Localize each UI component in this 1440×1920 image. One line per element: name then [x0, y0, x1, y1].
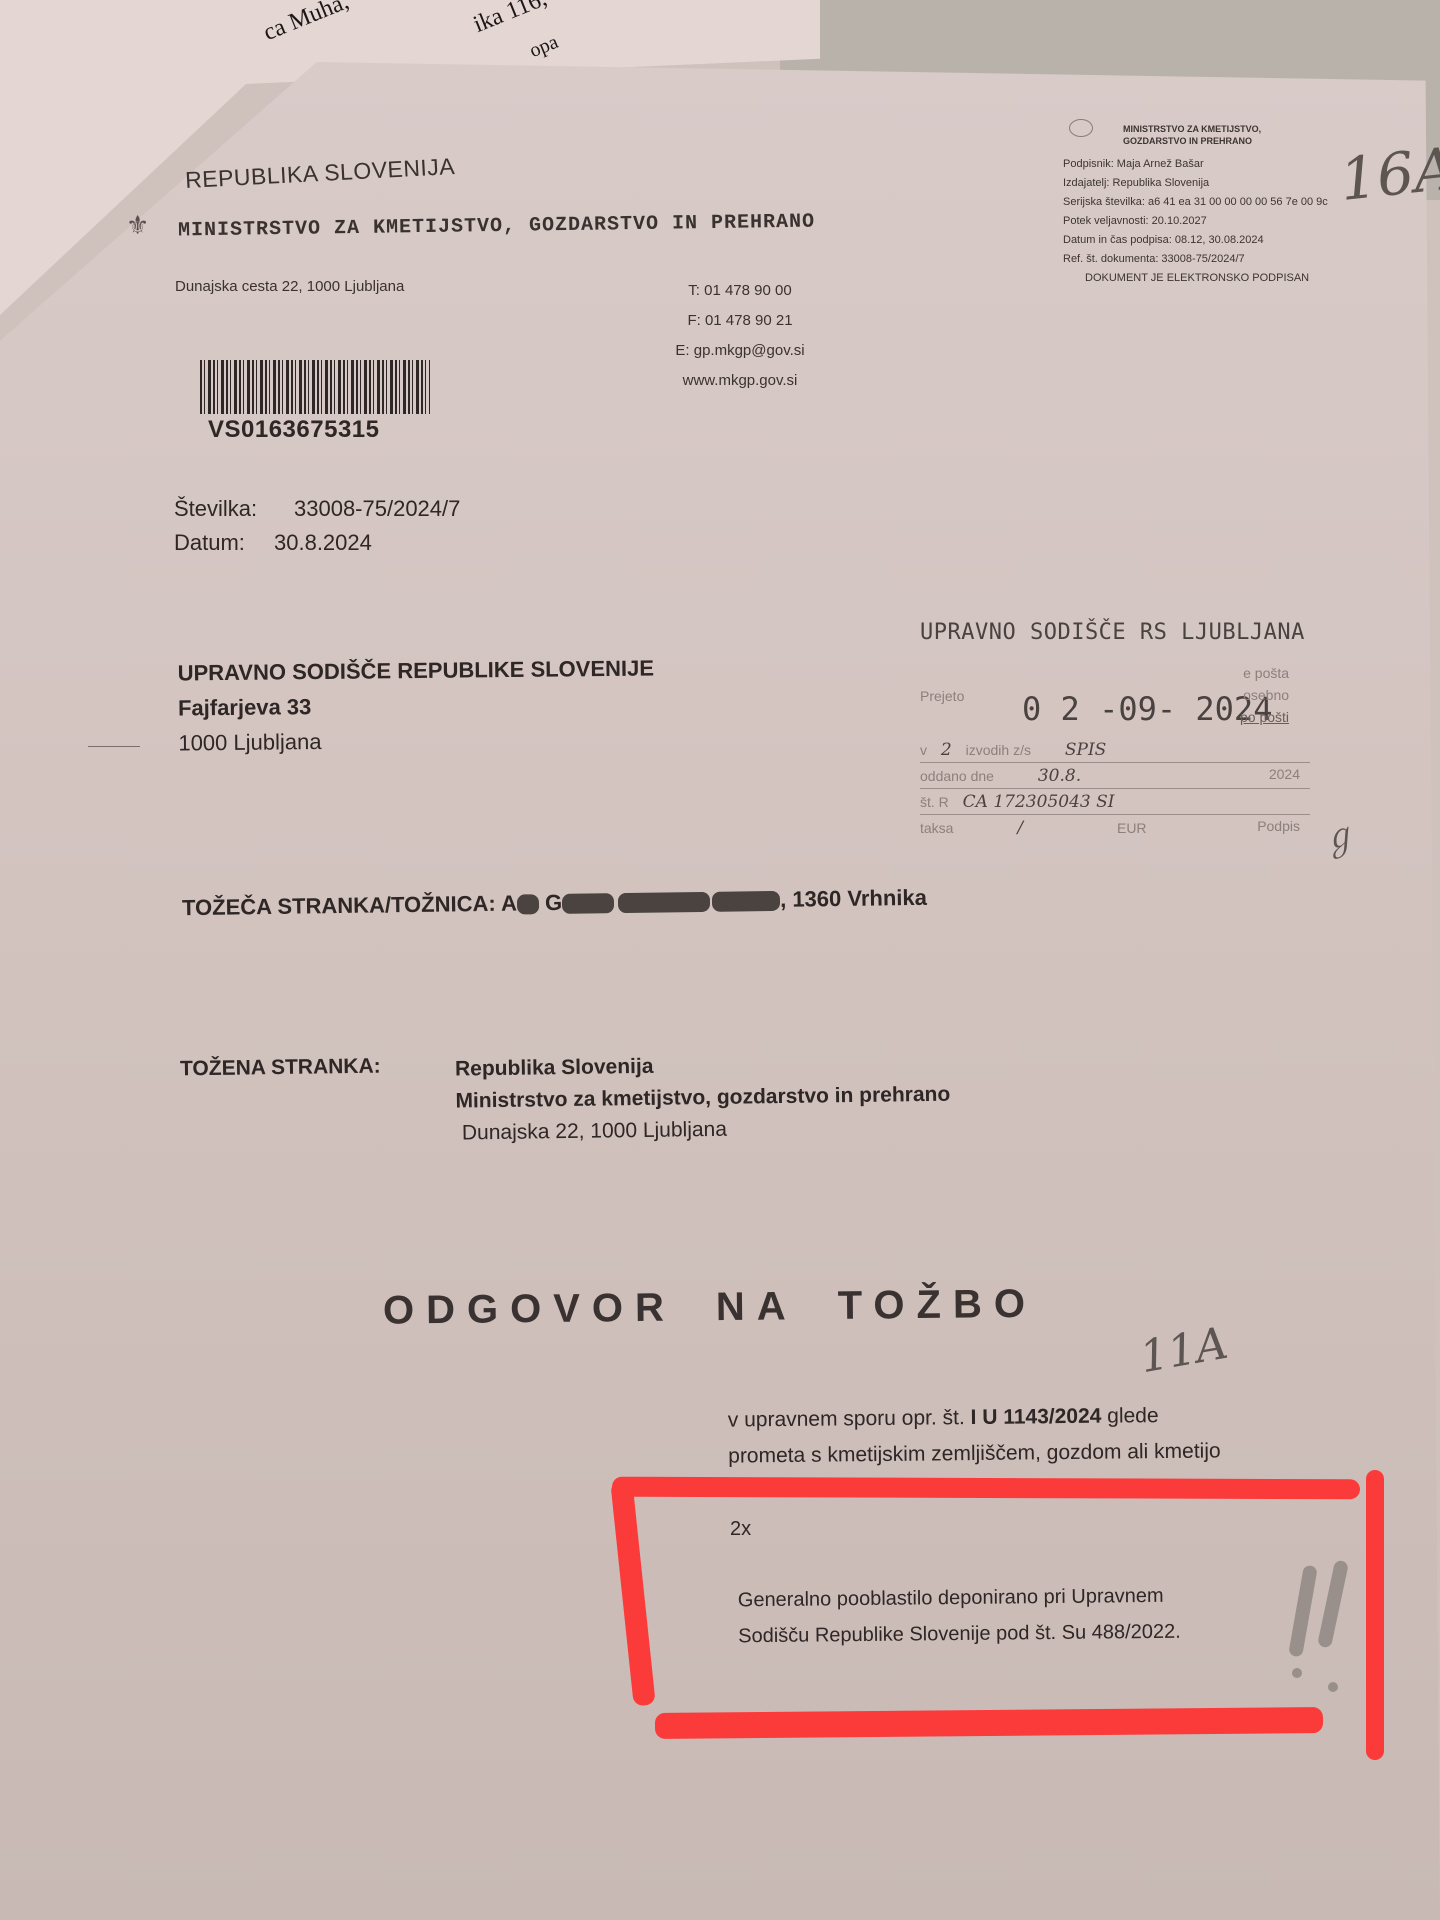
stamp-received-date: 0 2 -09- 2024	[1022, 690, 1272, 728]
stamp-fee-row: taksa / EUR Podpis	[920, 818, 1310, 840]
attachment-value: SPIS	[1065, 740, 1106, 760]
sig-issuer: Izdajatelj: Republika Slovenija	[1063, 174, 1383, 193]
power-of-attorney-note: Generalno pooblastilo deponirano pri Upr…	[738, 1578, 1181, 1655]
case-subject: v upravnem sporu opr. št. I U 1143/2024 …	[728, 1397, 1221, 1474]
fee-label: taksa	[920, 820, 953, 836]
handwritten-note-16a: 16A	[1337, 134, 1440, 214]
email: E: gp.mkgp@gov.si	[640, 336, 840, 366]
sig-notice: DOKUMENT JE ELEKTRONSKO PODPISAN	[1085, 269, 1383, 288]
copies-label-pre: v	[920, 742, 927, 758]
redaction-mark	[517, 894, 539, 914]
pencil-dot	[1292, 1668, 1302, 1678]
plaintiff-initial-2: G	[545, 890, 562, 915]
stamp-court-name: UPRAVNO SODIŠČE RS LJUBLJANA	[920, 620, 1310, 645]
stamp-sent-row: oddano dne 30.8. 2024	[920, 766, 1310, 789]
redaction-mark	[712, 891, 780, 912]
document-title: ODGOVORNATOŽBO	[383, 1281, 1077, 1333]
case-number: I U 1143/2024	[970, 1405, 1101, 1429]
recipient-city: 1000 Ljubljana	[178, 721, 655, 761]
stamp-copies-row: v 2 izvodih z/s SPIS	[920, 740, 1310, 763]
registered-number: CA 172305043 SI	[963, 792, 1115, 812]
fold-mark	[88, 746, 140, 747]
contact-block: T: 01 478 90 00 F: 01 478 90 21 E: gp.mk…	[640, 276, 840, 396]
date-label: Datum:	[174, 526, 274, 560]
title-word-3: TOŽBO	[837, 1282, 1037, 1328]
background-text-2: ika 116,	[470, 0, 551, 39]
copies-label-post: izvodih z/s	[966, 742, 1031, 758]
stamp-received-label: Prejeto	[920, 688, 964, 704]
defendant-label: TOŽENA STRANKA:	[180, 1055, 381, 1081]
phone: T: 01 478 90 00	[640, 276, 840, 306]
signature-label: Podpis	[1257, 818, 1300, 834]
sig-signer: Podpisnik: Maja Arnež Bašar	[1063, 155, 1383, 174]
delivery-email: e pošta	[1240, 662, 1289, 684]
defendant-block: TOŽENA STRANKA: Republika Slovenija Mini…	[180, 1055, 381, 1082]
court-received-stamp: UPRAVNO SODIŠČE RS LJUBLJANA Prejeto 0 2…	[920, 620, 1310, 645]
copies-value: 2	[941, 740, 952, 760]
recipient-name: UPRAVNO SODIŠČE REPUBLIKE SLOVENIJE	[177, 651, 654, 691]
coat-of-arms-icon: ⚜	[126, 210, 149, 241]
number-value: 33008-75/2024/7	[294, 496, 460, 521]
fee-unit: EUR	[1117, 820, 1147, 836]
highlight-box-right	[1366, 1470, 1384, 1760]
delivery-personal: osebno	[1240, 684, 1289, 706]
redaction-mark	[618, 892, 710, 913]
plaintiff-initial-1: A	[501, 891, 517, 916]
stamp-delivery-options: e pošta osebno po pošti	[1240, 662, 1289, 728]
poa-line-2: Sodišču Republike Slovenije pod št. Su 4…	[738, 1614, 1181, 1655]
document-meta: Številka:33008-75/2024/7 Datum:30.8.2024	[174, 492, 460, 560]
sent-year: 2024	[1269, 766, 1300, 782]
ministry-address: Dunajska cesta 22, 1000 Ljubljana	[175, 278, 404, 295]
fee-value: /	[1017, 818, 1023, 838]
redaction-mark	[562, 893, 614, 914]
stamp-registered-row: št. R CA 172305043 SI	[920, 792, 1310, 815]
subject-pre: v upravnem sporu opr. št.	[728, 1406, 971, 1432]
title-word-2: NA	[716, 1284, 798, 1329]
sent-label: oddano dne	[920, 768, 994, 784]
title-word-1: ODGOVOR	[383, 1286, 676, 1333]
sig-serial: Serijska številka: a6 41 ea 31 00 00 00 …	[1063, 193, 1383, 212]
plaintiff-location: , 1360 Vrhnika	[780, 885, 927, 912]
electronic-signature-block: MINISTRSTVO ZA KMETIJSTVO, GOZDARSTVO IN…	[1063, 115, 1383, 288]
sent-date: 30.8.	[1038, 766, 1081, 786]
delivery-post: po pošti	[1240, 706, 1289, 728]
recipient-address: UPRAVNO SODIŠČE REPUBLIKE SLOVENIJE Fajf…	[177, 651, 654, 761]
website: www.mkgp.gov.si	[640, 366, 840, 396]
copies-count: 2x	[730, 1518, 751, 1541]
defendant-address: Dunajska 22, 1000 Ljubljana	[462, 1111, 951, 1150]
background-text-1: ca Muha,	[260, 0, 353, 47]
ministry-logo-icon	[1069, 119, 1093, 137]
plaintiff-label: TOŽEČA STRANKA/TOŽNICA:	[182, 891, 496, 920]
subject-post: glede	[1101, 1404, 1158, 1428]
fax: F: 01 478 90 21	[640, 306, 840, 336]
subject-line-2: prometa s kmetijskim zemljiščem, gozdom …	[728, 1433, 1221, 1474]
date-value: 30.8.2024	[274, 530, 372, 555]
poa-line-1: Generalno pooblastilo deponirano pri Upr…	[738, 1578, 1181, 1619]
sig-valid-until: Potek veljavnosti: 20.10.2027	[1063, 212, 1383, 231]
sig-header-1: MINISTRSTVO ZA KMETIJSTVO,	[1123, 123, 1383, 135]
barcode	[200, 360, 430, 414]
highlight-box-top	[612, 1477, 1360, 1500]
sig-signed-at: Datum in čas podpisa: 08.12, 30.08.2024	[1063, 231, 1383, 250]
recipient-street: Fajfarjeva 33	[178, 686, 655, 726]
barcode-number: VS0163675315	[208, 416, 380, 444]
pencil-dot	[1328, 1682, 1338, 1692]
registered-label: št. R	[920, 794, 949, 810]
background-text-3: opa	[526, 31, 561, 63]
sig-doc-ref: Ref. št. dokumenta: 33008-75/2024/7	[1063, 250, 1383, 269]
number-label: Številka:	[174, 492, 294, 526]
